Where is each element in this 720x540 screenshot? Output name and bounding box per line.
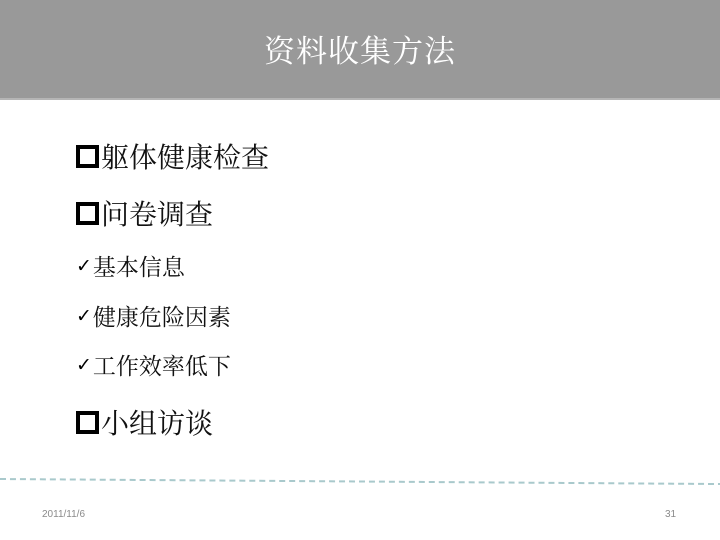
checkmark-icon: ✓ — [76, 255, 92, 277]
dashed-divider — [0, 478, 720, 485]
list-item: 小组访谈 — [74, 402, 213, 442]
list-item: ✓ 基本信息 — [74, 249, 185, 282]
checkmark-icon: ✓ — [76, 354, 92, 376]
square-bullet-icon — [76, 202, 99, 225]
list-item-text: 工作效率低下 — [93, 348, 231, 381]
list-item: ✓ 健康危险因素 — [74, 299, 231, 332]
list-item-text: 小组访谈 — [101, 402, 213, 442]
list-item-text: 问卷调查 — [101, 193, 213, 233]
list-item: 躯体健康检查 — [74, 136, 269, 176]
list-item-text: 健康危险因素 — [93, 299, 231, 332]
footer-date: 2011/11/6 — [42, 509, 85, 520]
list-item: ✓ 工作效率低下 — [74, 348, 231, 381]
title-bar: 资料收集方法 — [0, 0, 720, 100]
square-bullet-icon — [76, 145, 99, 168]
list-item-text: 躯体健康检查 — [101, 136, 269, 176]
checkmark-icon: ✓ — [76, 305, 92, 327]
list-item-text: 基本信息 — [93, 249, 185, 282]
list-item: 问卷调查 — [74, 193, 213, 233]
slide-title: 资料收集方法 — [0, 0, 720, 98]
page-number: 31 — [665, 509, 676, 520]
square-bullet-icon — [76, 411, 99, 434]
